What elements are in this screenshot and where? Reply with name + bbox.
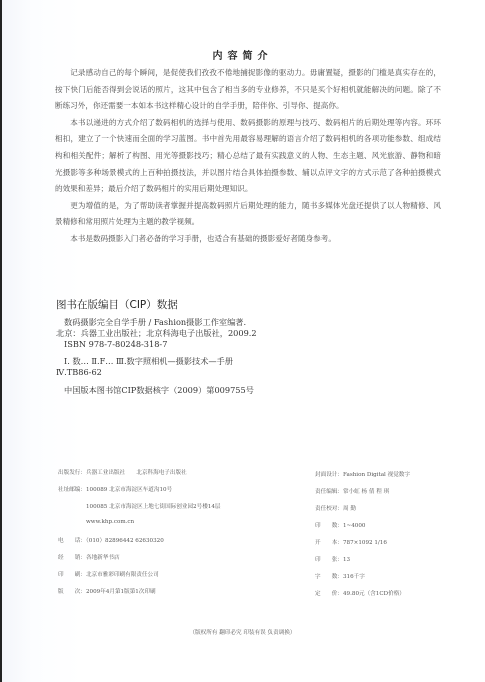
pub-row-printer: 印 刷：北京市雅彩印刷有限责任公司 <box>58 570 159 578</box>
pub-row-edition: 版 次：2009年4月第1版第1次印刷 <box>58 587 156 595</box>
pub-row-address-2: 100085 北京市海淀区上地七街国际创业园2号楼14层 <box>86 502 221 510</box>
intro-paragraph: 本书以递进的方式介绍了数码相机的选择与使用、数码摄影的原理与技巧、数码相片的后期… <box>55 115 441 198</box>
pub-row-word-count: 字 数：316千字 <box>315 572 365 580</box>
pub-row-proofreader: 责任校对：周 勤 <box>315 504 356 512</box>
pub-row-website: www.khp.com.cn <box>86 519 134 525</box>
pub-row-phone: 电 话：（010）82896442 62630320 <box>58 536 164 544</box>
cip-isbn: ISBN 978-7-80248-318-7 <box>56 339 257 350</box>
pub-row-format: 开 本：787×1092 1/16 <box>315 538 387 546</box>
cip-heading: 图书在版编目（CIP）数据 <box>56 297 178 312</box>
cip-subject-line: Ⅰ. 数… Ⅱ.F… Ⅲ.数字照相机—摄影技术—手册 <box>56 356 257 367</box>
intro-paragraph: 更为增值的是，为了帮助读者掌握并提高数码照片后期处理的能力，随书多媒体光盘还提供… <box>55 198 441 231</box>
pub-row-cover-design: 封面设计：Fashion Digital 视觉数字 <box>315 470 410 478</box>
cip-class-line: Ⅳ.TB86-62 <box>56 367 257 378</box>
intro-title: 内容简介 <box>0 47 485 62</box>
pub-row-address: 社址邮编：100089 北京市海淀区车道沟10号 <box>58 485 172 493</box>
intro-paragraph: 记录感动自己的每个瞬间，是促使我们孜孜不倦地捕捉影像的驱动力。毋庸置疑，摄影的门… <box>55 65 441 115</box>
copyright-page: 内容简介 记录感动自己的每个瞬间，是促使我们孜孜不倦地捕捉影像的驱动力。毋庸置疑… <box>0 0 485 682</box>
cip-title-line: 数码摄影完全自学手册 / Fashion摄影工作室编著. <box>56 317 257 328</box>
copyright-notice: （版权所有 翻印必究 印装有误 负责调换） <box>0 628 485 636</box>
pub-row-distributor: 经 销：各地新华书店 <box>58 553 120 561</box>
cip-data: 数码摄影完全自学手册 / Fashion摄影工作室编著. 北京：兵器工业出版社；… <box>56 317 257 396</box>
intro-paragraph: 本书是数码摄影入门者必备的学习手册，也适合有基础的摄影爱好者随身参考。 <box>55 231 441 248</box>
pub-row-publisher: 出版发行：兵器工业出版社 北京科海电子出版社 <box>58 468 187 476</box>
cip-publisher-line: 北京：兵器工业出版社；北京科海电子出版社，2009.2 <box>56 328 257 339</box>
pub-row-sheets: 印 张：13 <box>315 555 350 563</box>
intro-body: 记录感动自己的每个瞬间，是促使我们孜孜不倦地捕捉影像的驱动力。毋庸置疑，摄影的门… <box>55 65 441 248</box>
cip-record-line: 中国版本图书馆CIP数据核字（2009）第009755号 <box>56 385 257 396</box>
pub-row-editors: 责任编辑：常小虹 杨 倩 程 琪 <box>315 487 389 495</box>
pub-row-print-run: 印 数：1~4000 <box>315 521 365 529</box>
pub-row-price: 定 价：49.80元（含1CD价格） <box>315 589 405 597</box>
